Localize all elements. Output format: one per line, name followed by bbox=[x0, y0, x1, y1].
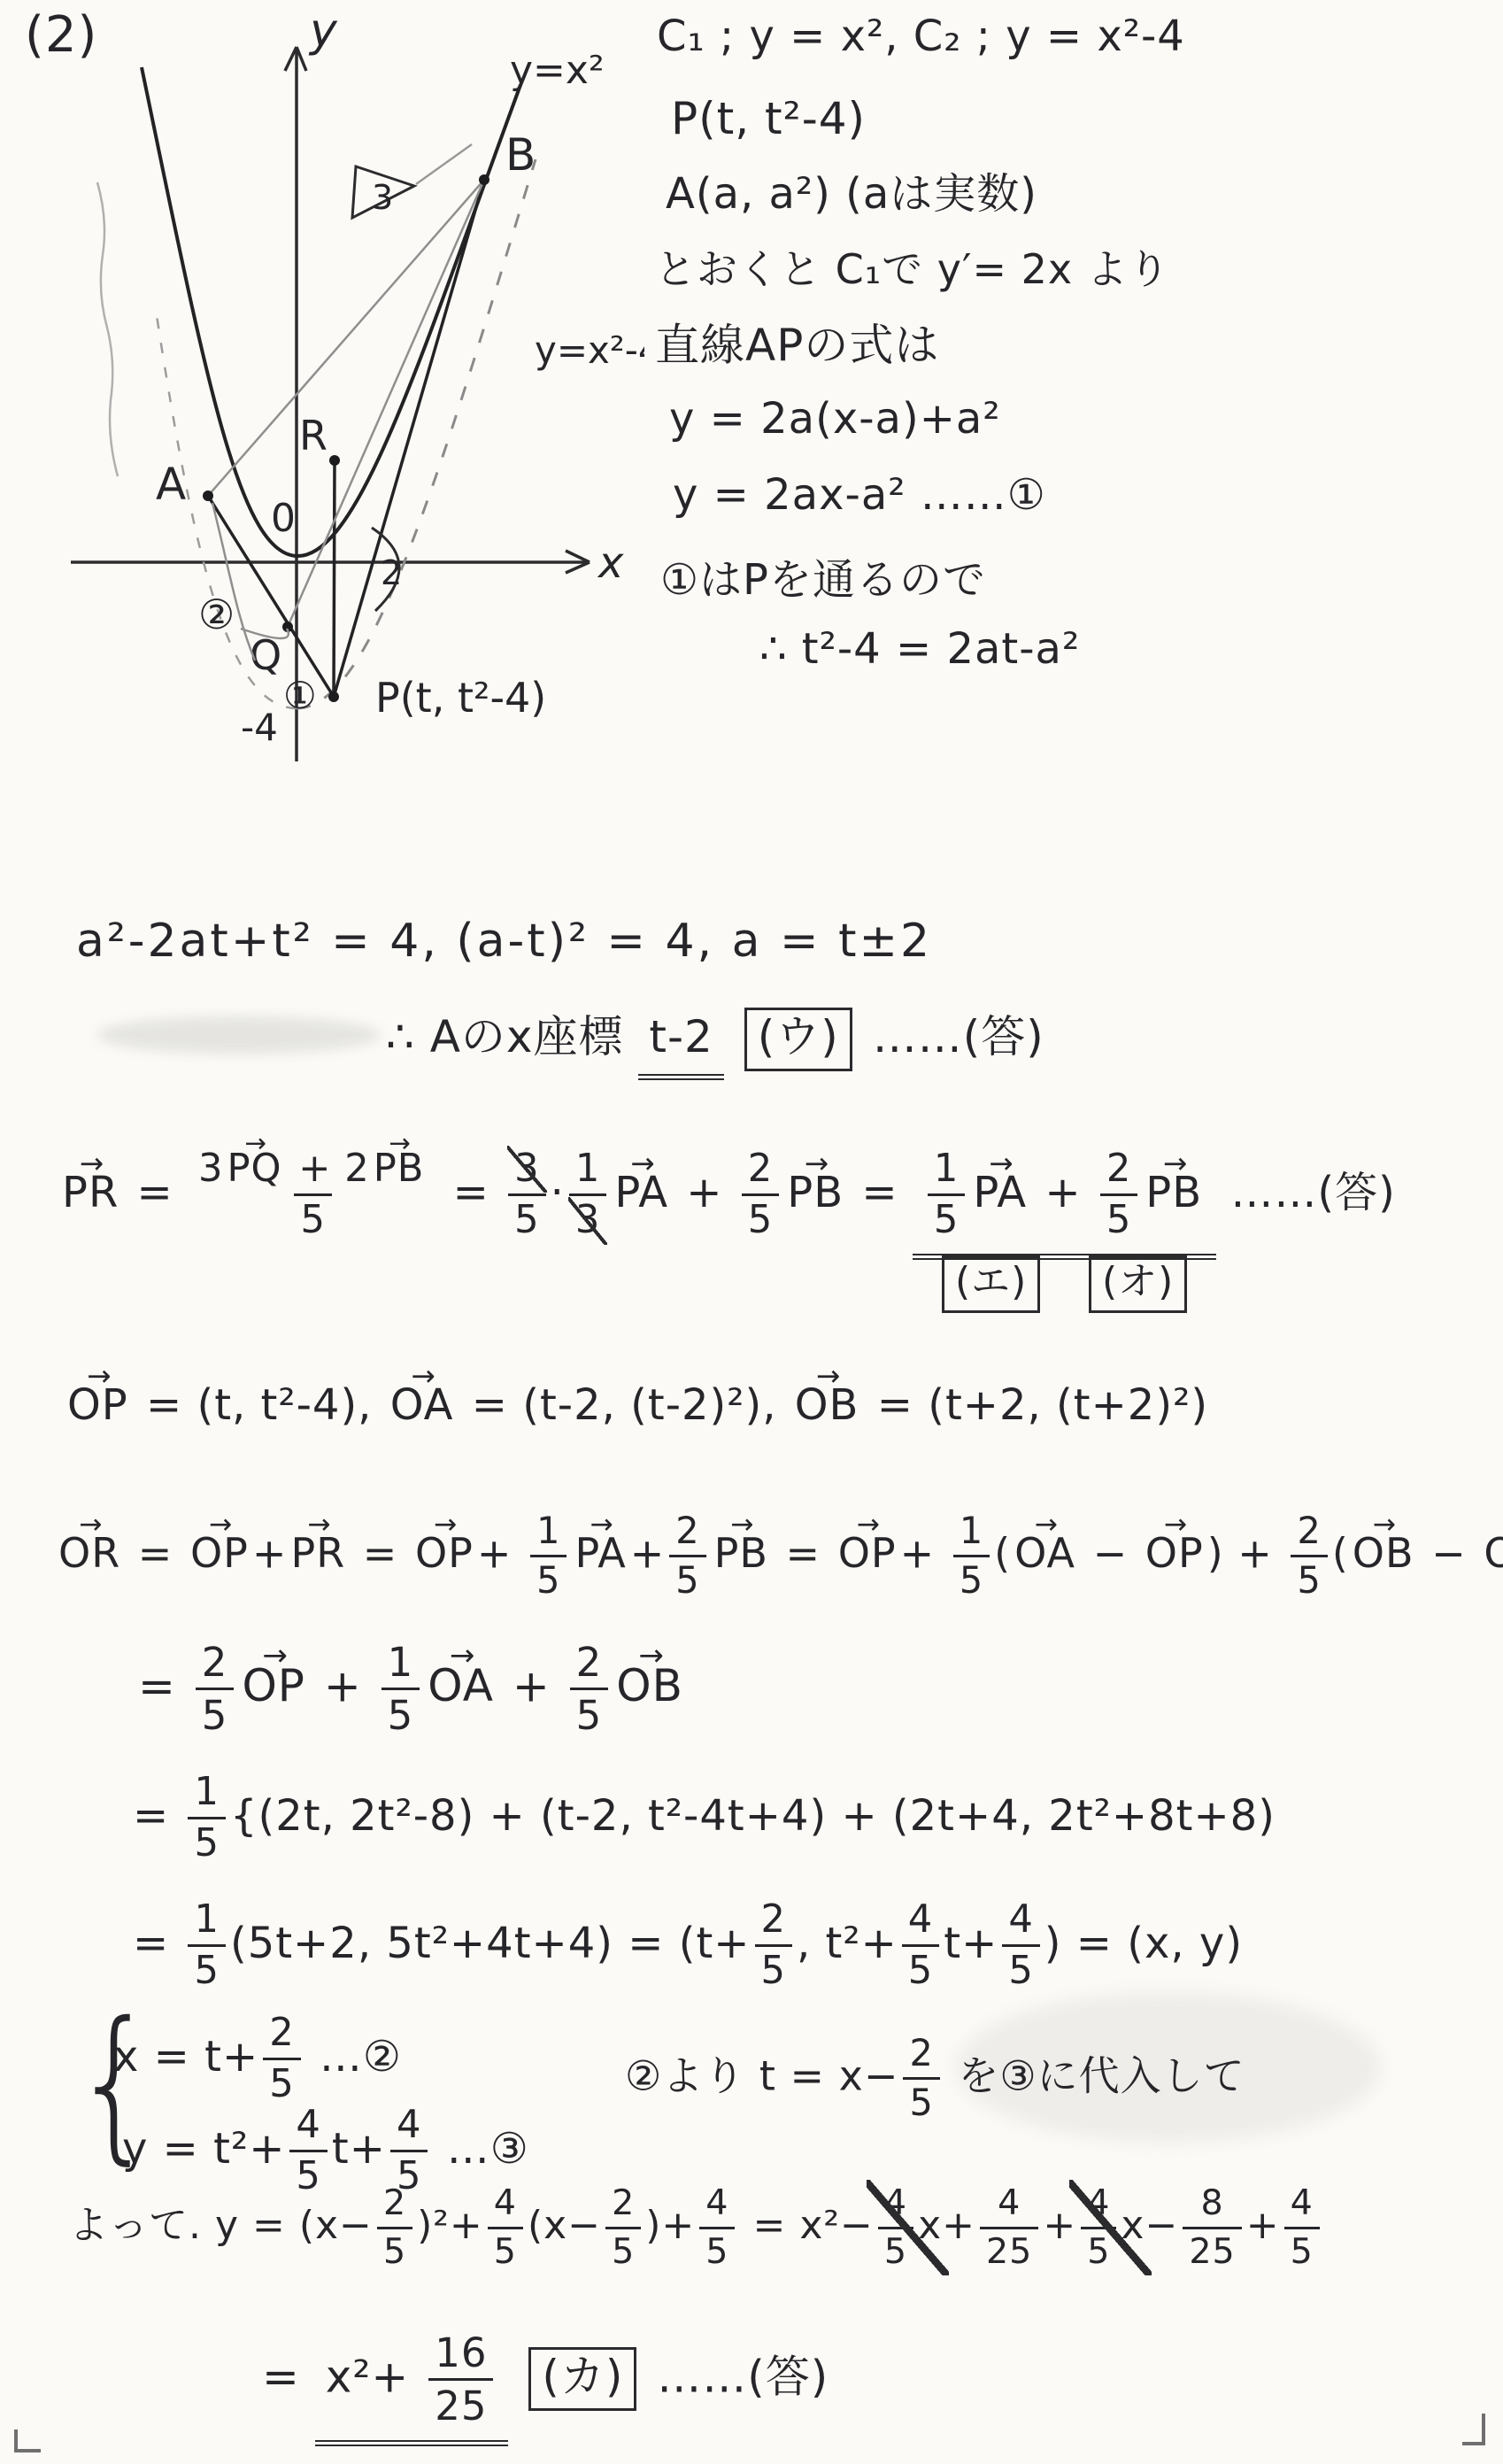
point-B bbox=[479, 174, 489, 185]
curve-c1-label: y=x² bbox=[510, 48, 605, 93]
solve-for-a: a²-2at+t² = 4, (a-t)² = 4, a = t±2 bbox=[76, 915, 932, 969]
ratio-3-label: 3 bbox=[372, 178, 393, 217]
scanned-math-worksheet: { "meta": { "vector_arrow": "→" }, "page… bbox=[0, 0, 1503, 2464]
line-ap-heading: 直線APの式は bbox=[655, 321, 939, 372]
vector-pr-derivation: →PR = 3→PQ + 2→PB5 = 35·13→PA + 25→PB = … bbox=[58, 1147, 1396, 1260]
label-P: P(t, t²-4) bbox=[375, 674, 546, 722]
label-R: R bbox=[299, 412, 328, 460]
final-expansion: よって. y = (x−25)²+45(x−25)+45 = x²−45x+42… bbox=[69, 2183, 1324, 2272]
minus4-label: -4 bbox=[241, 706, 278, 749]
segment-AB-pencil bbox=[208, 180, 484, 496]
origin-label: 0 bbox=[271, 496, 296, 541]
point-a-def: A(a, a²) (aは実数) bbox=[666, 170, 1037, 219]
figure-graph: y x 0 y=x² y=x²-4 -4 A B R Q P(t, t²-4) … bbox=[25, 7, 644, 786]
corner-mark-right bbox=[1462, 2414, 1485, 2445]
given-curves: C₁ ; y = x², C₂ ; y = x²-4 bbox=[657, 12, 1185, 61]
point-p-def: P(t, t²-4) bbox=[671, 94, 866, 145]
curve-c1 bbox=[142, 67, 520, 556]
point-R bbox=[329, 455, 340, 466]
curve-c2-right bbox=[297, 159, 536, 708]
y-axis-label: y bbox=[308, 7, 338, 58]
system-eq-x: x = t+25 …② bbox=[113, 2012, 402, 2107]
substituted-eq: ∴ t²-4 = 2at-a² bbox=[759, 625, 1080, 674]
or-simplified: = 15(5t+2, 5t²+4t+4) = (t+25, t²+45t+45)… bbox=[133, 1898, 1243, 1994]
x-axis-label: x bbox=[597, 538, 624, 588]
curve-c2-sketch bbox=[97, 182, 118, 476]
ratio-2-label: 2 bbox=[381, 553, 402, 592]
ratio-3-leader bbox=[416, 144, 472, 184]
answer-box-e: (エ) bbox=[936, 1255, 1045, 1313]
answer-x-coord-A: ∴ Aのx座標 t-2 (ウ) ……(答) bbox=[386, 1008, 1044, 1080]
derivative-note: とおくと C₁で y′= 2x より bbox=[655, 246, 1170, 293]
point-P bbox=[328, 691, 339, 702]
answer-box-o: (オ) bbox=[1083, 1255, 1192, 1313]
curve-c2-label: y=x²-4 bbox=[535, 328, 644, 372]
segment-PR bbox=[334, 460, 335, 697]
tangent-eq-1: y = 2a(x-a)+a² bbox=[669, 395, 1001, 444]
ratio-circ1-label: ① bbox=[283, 674, 317, 717]
vector-or-expansion: →OR = →OP+→PR = →OP+ 15→PA+25→PB = →OP+ … bbox=[55, 1510, 1503, 1603]
eraser-smudge bbox=[97, 1016, 381, 1054]
point-A bbox=[203, 490, 213, 501]
or-components: = 15{(2t, 2t²-8) + (t-2, t²-4t+4) + (2t+… bbox=[133, 1771, 1276, 1866]
label-B: B bbox=[505, 129, 536, 181]
substitution-note: ②より t = x−25 を③に代入して bbox=[625, 2033, 1245, 2125]
or-combined: = 25→OP + 15→OA + 25→OB bbox=[138, 1640, 687, 1739]
vectors-op-oa-ob: →OP = (t, t²-4), →OA = (t-2, (t-2)²), →O… bbox=[64, 1381, 1208, 1430]
tangent-eq-2: y = 2ax-a² ……① bbox=[673, 471, 1046, 520]
label-A: A bbox=[156, 459, 186, 510]
ratio-circ2-label: ② bbox=[198, 591, 235, 638]
segment-PB bbox=[334, 180, 484, 697]
passes-through-p: ①はPを通るので bbox=[660, 556, 986, 605]
final-answer: = x²+ 1625 (カ) ……(答) bbox=[262, 2330, 829, 2446]
corner-mark-left bbox=[14, 2429, 41, 2452]
